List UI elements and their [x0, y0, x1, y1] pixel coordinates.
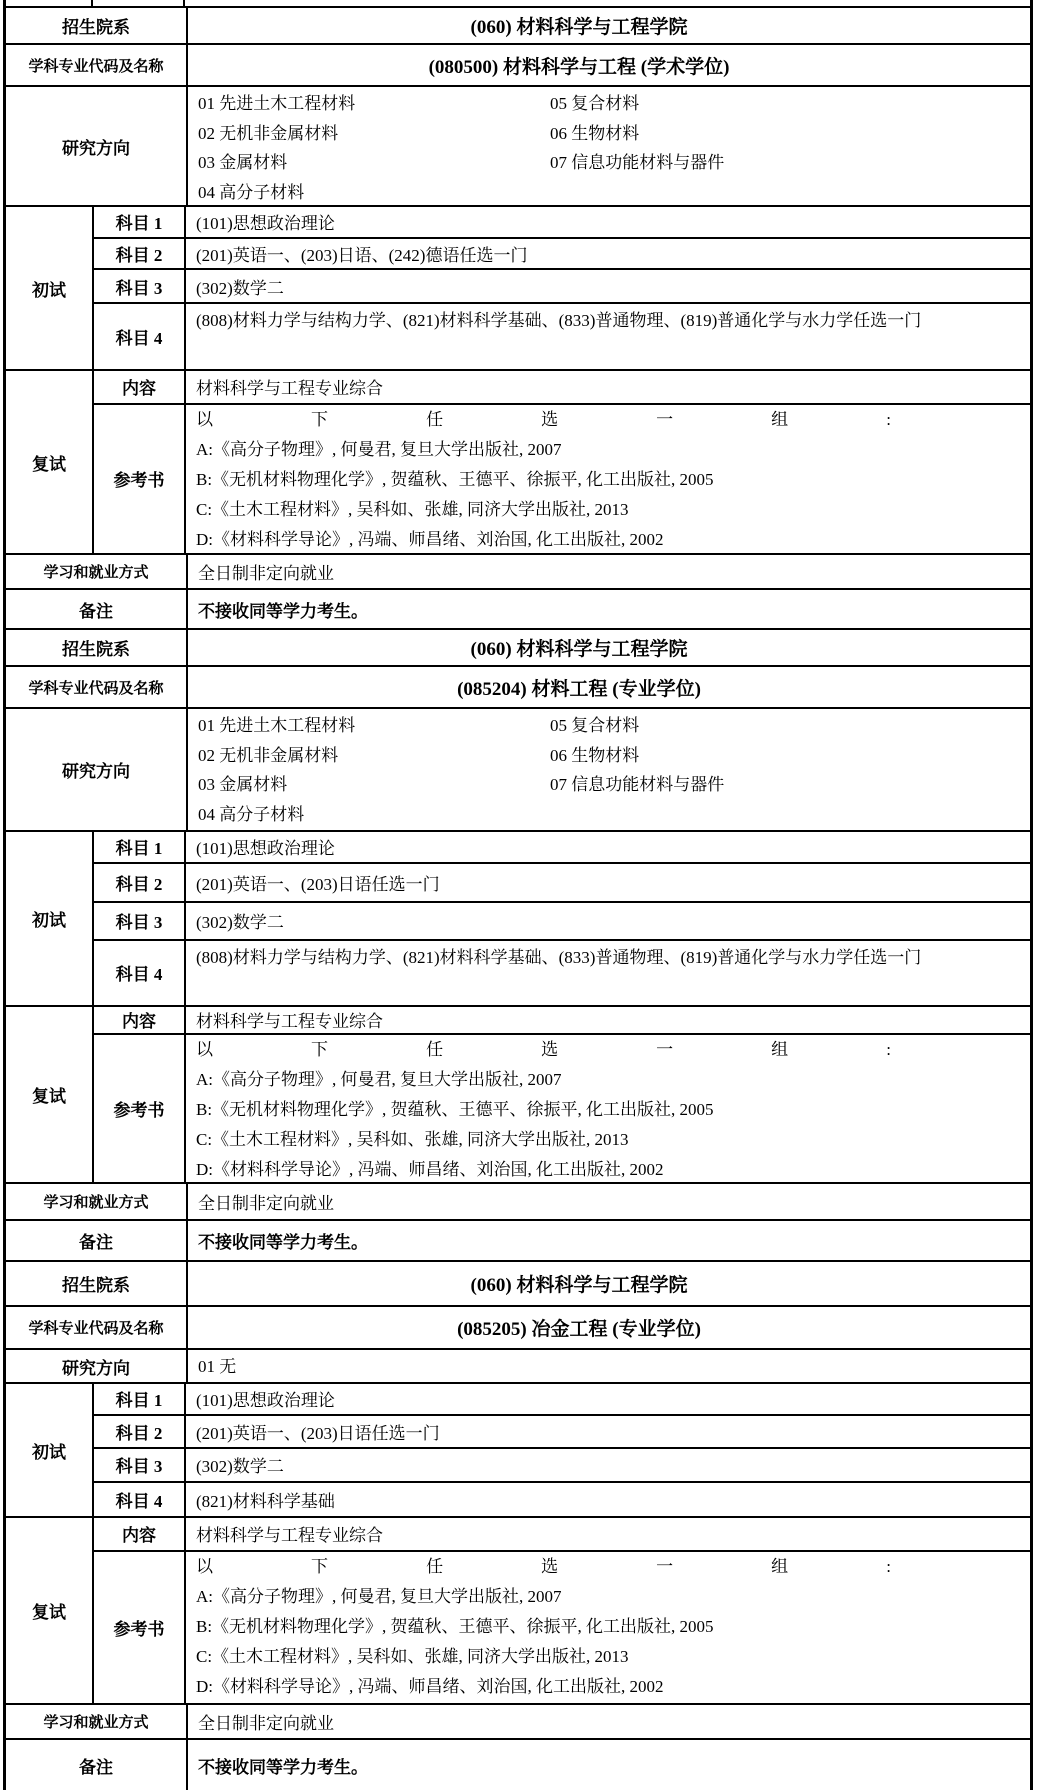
- exam-subjects: 科目 1(101)思想政治理论科目 2(201)英语一、(203)日语任选一门科…: [94, 1384, 1030, 1516]
- directions-label: 研究方向: [6, 709, 188, 830]
- initial-exam-row: 初试科目 1(101)思想政治理论科目 2(201)英语一、(203)日语任选一…: [6, 1384, 1030, 1518]
- ref-header-char: 以: [196, 405, 213, 435]
- ref-header-char: 下: [311, 405, 328, 435]
- direction-item: 06 生物材料: [550, 741, 724, 771]
- direction-item: 03 金属材料: [198, 148, 550, 178]
- ref-header-char: 一: [656, 1552, 673, 1582]
- retest-content-label: 内容: [94, 371, 186, 403]
- exam-subject-row: 科目 2(201)英语一、(203)日语任选一门: [94, 864, 1030, 904]
- subject-value: (808)材料力学与结构力学、(821)材料科学基础、(833)普通物理、(81…: [186, 304, 1030, 369]
- direction-item: 04 高分子材料: [198, 800, 550, 830]
- directions-left-column: 01 先进土木工程材料02 无机非金属材料03 金属材料04 高分子材料: [198, 89, 550, 205]
- refbooks-choose-one-line: 以下任选一组:: [196, 405, 891, 435]
- remarks-value: 不接收同等学力考生。: [188, 1221, 1030, 1260]
- dept-row: 招生院系(060) 材料科学与工程学院: [6, 630, 1030, 667]
- directions-right-column: 05 复合材料06 生物材料07 信息功能材料与器件: [550, 89, 724, 178]
- direction-item: 07 信息功能材料与器件: [550, 770, 724, 800]
- remarks-label: 备注: [6, 1221, 188, 1260]
- subject-value: (101)思想政治理论: [186, 207, 1030, 237]
- exam-subjects: 科目 1(101)思想政治理论科目 2(201)英语一、(203)日语任选一门科…: [94, 832, 1030, 1005]
- exam-subject-row: 科目 4(821)材料科学基础: [94, 1483, 1030, 1516]
- exam-subject-row: 科目 1(101)思想政治理论: [94, 207, 1030, 239]
- major-code-label: 学科专业代码及名称: [6, 1307, 188, 1348]
- retest-content-label: 内容: [94, 1007, 186, 1033]
- remarks-row: 备注不接收同等学力考生。: [6, 590, 1030, 630]
- refbooks-cell: 以下任选一组:A:《高分子物理》, 何曼君, 复旦大学出版社, 2007B:《无…: [186, 405, 1030, 553]
- directions-cell: 01 先进土木工程材料02 无机非金属材料03 金属材料04 高分子材料05 复…: [188, 87, 1030, 205]
- study-mode-label: 学习和就业方式: [6, 555, 188, 588]
- dept-row: 招生院系(060) 材料科学与工程学院: [6, 1262, 1030, 1307]
- refbooks-row: 参考书以下任选一组:A:《高分子物理》, 何曼君, 复旦大学出版社, 2007B…: [94, 1035, 1030, 1182]
- exam-subject-row: 科目 4(808)材料力学与结构力学、(821)材料科学基础、(833)普通物理…: [94, 304, 1030, 369]
- retest-row: 复试内容材料科学与工程专业综合参考书以下任选一组:A:《高分子物理》, 何曼君,…: [6, 1007, 1030, 1184]
- exam-subject-row: 科目 2(201)英语一、(203)日语、(242)德语任选一门: [94, 239, 1030, 271]
- retest-content-value: 材料科学与工程专业综合: [186, 371, 1030, 403]
- directions-row: 研究方向01 先进土木工程材料02 无机非金属材料03 金属材料04 高分子材料…: [6, 87, 1030, 207]
- refbook-line: B:《无机材料物理化学》, 贺蕴秋、王德平、徐振平, 化工出版社, 2005: [196, 1095, 1020, 1125]
- major-row: 学科专业代码及名称(085205) 冶金工程 (专业学位): [6, 1307, 1030, 1350]
- subject-label: 科目 3: [94, 903, 186, 939]
- ref-header-char: 下: [311, 1035, 328, 1065]
- retest-content-row: 内容材料科学与工程专业综合: [94, 1518, 1030, 1552]
- study-mode-value: 全日制非定向就业: [188, 555, 1030, 588]
- admissions-table: 招生院系(060) 材料科学与工程学院学科专业代码及名称(080500) 材料科…: [3, 6, 1033, 1790]
- refbooks-label: 参考书: [94, 1552, 186, 1703]
- direction-item: 02 无机非金属材料: [198, 119, 550, 149]
- study-mode-row: 学习和就业方式全日制非定向就业: [6, 555, 1030, 590]
- directions-cell: 01 无: [188, 1350, 1030, 1382]
- subject-label: 科目 1: [94, 1384, 186, 1414]
- refbooks-choose-one-line: 以下任选一组:: [196, 1552, 891, 1582]
- directions-row: 研究方向01 无: [6, 1350, 1030, 1384]
- refbook-line: D:《材料科学导论》, 冯端、师昌绪、刘治国, 化工出版社, 2002: [196, 1155, 1020, 1182]
- direction-item: 06 生物材料: [550, 119, 724, 149]
- exam-subject-row: 科目 1(101)思想政治理论: [94, 1384, 1030, 1416]
- initial-exam-label: 初试: [6, 832, 94, 1005]
- program-section: 招生院系(060) 材料科学与工程学院学科专业代码及名称(085205) 冶金工…: [6, 1262, 1030, 1790]
- remarks-row: 备注不接收同等学力考生。: [6, 1221, 1030, 1262]
- exam-subject-row: 科目 3(302)数学二: [94, 1449, 1030, 1483]
- refbook-line: A:《高分子物理》, 何曼君, 复旦大学出版社, 2007: [196, 1582, 1020, 1612]
- remarks-label: 备注: [6, 1740, 188, 1790]
- subject-label: 科目 4: [94, 941, 186, 1005]
- subject-label: 科目 2: [94, 239, 186, 269]
- study-mode-label: 学习和就业方式: [6, 1705, 188, 1738]
- directions-label: 研究方向: [6, 87, 188, 205]
- retest-content-value: 材料科学与工程专业综合: [186, 1518, 1030, 1550]
- major-code-value: (080500) 材料科学与工程 (学术学位): [188, 45, 1030, 85]
- direction-item: 02 无机非金属材料: [198, 741, 550, 771]
- remarks-row: 备注不接收同等学力考生。: [6, 1740, 1030, 1790]
- retest-content-row: 内容材料科学与工程专业综合: [94, 371, 1030, 405]
- directions-cell: 01 先进土木工程材料02 无机非金属材料03 金属材料04 高分子材料05 复…: [188, 709, 1030, 830]
- retest-content-row: 内容材料科学与工程专业综合: [94, 1007, 1030, 1035]
- refbooks-row: 参考书以下任选一组:A:《高分子物理》, 何曼君, 复旦大学出版社, 2007B…: [94, 405, 1030, 553]
- subject-value: (201)英语一、(203)日语、(242)德语任选一门: [186, 239, 1030, 269]
- retest-content-value: 材料科学与工程专业综合: [186, 1007, 1030, 1033]
- refbook-line: A:《高分子物理》, 何曼君, 复旦大学出版社, 2007: [196, 1065, 1020, 1095]
- directions-left-column: 01 无: [198, 1352, 550, 1382]
- admissions-page: 招生院系(060) 材料科学与工程学院学科专业代码及名称(080500) 材料科…: [0, 0, 1040, 1790]
- directions-left-column: 01 先进土木工程材料02 无机非金属材料03 金属材料04 高分子材料: [198, 711, 550, 829]
- initial-exam-row: 初试科目 1(101)思想政治理论科目 2(201)英语一、(203)日语任选一…: [6, 832, 1030, 1007]
- subject-value: (201)英语一、(203)日语任选一门: [186, 1416, 1030, 1448]
- refbook-line: D:《材料科学导论》, 冯端、师昌绪、刘治国, 化工出版社, 2002: [196, 1672, 1020, 1702]
- study-mode-row: 学习和就业方式全日制非定向就业: [6, 1705, 1030, 1740]
- dept-label: 招生院系: [6, 630, 188, 665]
- subject-value: (821)材料科学基础: [186, 1483, 1030, 1516]
- ref-header-char: 选: [541, 1035, 558, 1065]
- ref-header-char: :: [886, 1552, 891, 1582]
- subject-value: (101)思想政治理论: [186, 832, 1030, 862]
- refbook-line: B:《无机材料物理化学》, 贺蕴秋、王德平、徐振平, 化工出版社, 2005: [196, 1612, 1020, 1642]
- exam-subject-row: 科目 2(201)英语一、(203)日语任选一门: [94, 1416, 1030, 1450]
- ref-header-char: 任: [426, 1035, 443, 1065]
- major-row: 学科专业代码及名称(085204) 材料工程 (专业学位): [6, 667, 1030, 709]
- ref-header-char: 任: [426, 405, 443, 435]
- subject-label: 科目 2: [94, 1416, 186, 1448]
- major-code-label: 学科专业代码及名称: [6, 45, 188, 85]
- subject-value: (808)材料力学与结构力学、(821)材料科学基础、(833)普通物理、(81…: [186, 941, 1030, 1005]
- subject-label: 科目 4: [94, 1483, 186, 1516]
- study-mode-value: 全日制非定向就业: [188, 1184, 1030, 1219]
- direction-item: 05 复合材料: [550, 89, 724, 119]
- direction-item: 07 信息功能材料与器件: [550, 148, 724, 178]
- direction-item: 01 先进土木工程材料: [198, 711, 550, 741]
- study-mode-row: 学习和就业方式全日制非定向就业: [6, 1184, 1030, 1221]
- retest-row: 复试内容材料科学与工程专业综合参考书以下任选一组:A:《高分子物理》, 何曼君,…: [6, 371, 1030, 555]
- exam-subject-row: 科目 4(808)材料力学与结构力学、(821)材料科学基础、(833)普通物理…: [94, 941, 1030, 1005]
- ref-header-char: 选: [541, 405, 558, 435]
- retest-stack: 内容材料科学与工程专业综合参考书以下任选一组:A:《高分子物理》, 何曼君, 复…: [94, 1007, 1030, 1182]
- exam-subject-row: 科目 3(302)数学二: [94, 903, 1030, 941]
- refbooks-cell: 以下任选一组:A:《高分子物理》, 何曼君, 复旦大学出版社, 2007B:《无…: [186, 1552, 1030, 1703]
- ref-header-char: 组: [771, 1035, 788, 1065]
- program-section: 招生院系(060) 材料科学与工程学院学科专业代码及名称(080500) 材料科…: [6, 8, 1030, 630]
- subject-value: (201)英语一、(203)日语任选一门: [186, 864, 1030, 902]
- direction-item: 03 金属材料: [198, 770, 550, 800]
- ref-header-char: :: [886, 1035, 891, 1065]
- ref-header-char: 任: [426, 1552, 443, 1582]
- directions-right-column: 05 复合材料06 生物材料07 信息功能材料与器件: [550, 711, 724, 800]
- remarks-value: 不接收同等学力考生。: [188, 590, 1030, 628]
- initial-exam-label: 初试: [6, 1384, 94, 1516]
- ref-header-char: :: [886, 405, 891, 435]
- refbooks-row: 参考书以下任选一组:A:《高分子物理》, 何曼君, 复旦大学出版社, 2007B…: [94, 1552, 1030, 1703]
- ref-header-char: 以: [196, 1035, 213, 1065]
- refbook-line: C:《土木工程材料》, 吴科如、张雄, 同济大学出版社, 2013: [196, 1642, 1020, 1672]
- subject-label: 科目 2: [94, 864, 186, 902]
- major-code-label: 学科专业代码及名称: [6, 667, 188, 707]
- dept-label: 招生院系: [6, 1262, 188, 1305]
- ref-header-char: 一: [656, 405, 673, 435]
- ref-header-char: 下: [311, 1552, 328, 1582]
- refbooks-label: 参考书: [94, 1035, 186, 1182]
- retest-label: 复试: [6, 1007, 94, 1182]
- refbook-line: A:《高分子物理》, 何曼君, 复旦大学出版社, 2007: [196, 435, 1020, 465]
- refbook-line: B:《无机材料物理化学》, 贺蕴秋、王德平、徐振平, 化工出版社, 2005: [196, 465, 1020, 495]
- major-row: 学科专业代码及名称(080500) 材料科学与工程 (学术学位): [6, 45, 1030, 87]
- dept-value: (060) 材料科学与工程学院: [188, 8, 1030, 43]
- program-section: 招生院系(060) 材料科学与工程学院学科专业代码及名称(085204) 材料工…: [6, 630, 1030, 1262]
- ref-header-char: 组: [771, 1552, 788, 1582]
- retest-content-label: 内容: [94, 1518, 186, 1550]
- major-code-value: (085205) 冶金工程 (专业学位): [188, 1307, 1030, 1348]
- direction-item: 01 无: [198, 1352, 550, 1382]
- ref-header-char: 选: [541, 1552, 558, 1582]
- dept-value: (060) 材料科学与工程学院: [188, 630, 1030, 665]
- retest-stack: 内容材料科学与工程专业综合参考书以下任选一组:A:《高分子物理》, 何曼君, 复…: [94, 1518, 1030, 1703]
- subject-value: (302)数学二: [186, 270, 1030, 302]
- exam-subject-row: 科目 3(302)数学二: [94, 270, 1030, 304]
- subject-value: (101)思想政治理论: [186, 1384, 1030, 1414]
- ref-header-char: 以: [196, 1552, 213, 1582]
- subject-value: (302)数学二: [186, 903, 1030, 939]
- remarks-value: 不接收同等学力考生。: [188, 1740, 1030, 1790]
- refbook-line: C:《土木工程材料》, 吴科如、张雄, 同济大学出版社, 2013: [196, 495, 1020, 525]
- directions-row: 研究方向01 先进土木工程材料02 无机非金属材料03 金属材料04 高分子材料…: [6, 709, 1030, 832]
- dept-label: 招生院系: [6, 8, 188, 43]
- retest-label: 复试: [6, 371, 94, 553]
- refbooks-choose-one-line: 以下任选一组:: [196, 1035, 891, 1065]
- subject-label: 科目 3: [94, 270, 186, 302]
- subject-label: 科目 1: [94, 207, 186, 237]
- subject-label: 科目 4: [94, 304, 186, 369]
- study-mode-value: 全日制非定向就业: [188, 1705, 1030, 1738]
- direction-item: 04 高分子材料: [198, 178, 550, 206]
- subject-label: 科目 1: [94, 832, 186, 862]
- ref-header-char: 组: [771, 405, 788, 435]
- exam-subjects: 科目 1(101)思想政治理论科目 2(201)英语一、(203)日语、(242…: [94, 207, 1030, 369]
- initial-exam-label: 初试: [6, 207, 94, 369]
- refbooks-cell: 以下任选一组:A:《高分子物理》, 何曼君, 复旦大学出版社, 2007B:《无…: [186, 1035, 1030, 1182]
- study-mode-label: 学习和就业方式: [6, 1184, 188, 1219]
- dept-row: 招生院系(060) 材料科学与工程学院: [6, 8, 1030, 45]
- retest-label: 复试: [6, 1518, 94, 1703]
- remarks-label: 备注: [6, 590, 188, 628]
- refbooks-label: 参考书: [94, 405, 186, 553]
- subject-label: 科目 3: [94, 1449, 186, 1481]
- exam-subject-row: 科目 1(101)思想政治理论: [94, 832, 1030, 864]
- dept-value: (060) 材料科学与工程学院: [188, 1262, 1030, 1305]
- direction-item: 01 先进土木工程材料: [198, 89, 550, 119]
- retest-stack: 内容材料科学与工程专业综合参考书以下任选一组:A:《高分子物理》, 何曼君, 复…: [94, 371, 1030, 553]
- ref-header-char: 一: [656, 1035, 673, 1065]
- direction-item: 05 复合材料: [550, 711, 724, 741]
- initial-exam-row: 初试科目 1(101)思想政治理论科目 2(201)英语一、(203)日语、(2…: [6, 207, 1030, 371]
- subject-value: (302)数学二: [186, 1449, 1030, 1481]
- refbook-line: C:《土木工程材料》, 吴科如、张雄, 同济大学出版社, 2013: [196, 1125, 1020, 1155]
- retest-row: 复试内容材料科学与工程专业综合参考书以下任选一组:A:《高分子物理》, 何曼君,…: [6, 1518, 1030, 1705]
- refbook-line: D:《材料科学导论》, 冯端、师昌绪、刘治国, 化工出版社, 2002: [196, 525, 1020, 553]
- directions-label: 研究方向: [6, 1350, 188, 1382]
- major-code-value: (085204) 材料工程 (专业学位): [188, 667, 1030, 707]
